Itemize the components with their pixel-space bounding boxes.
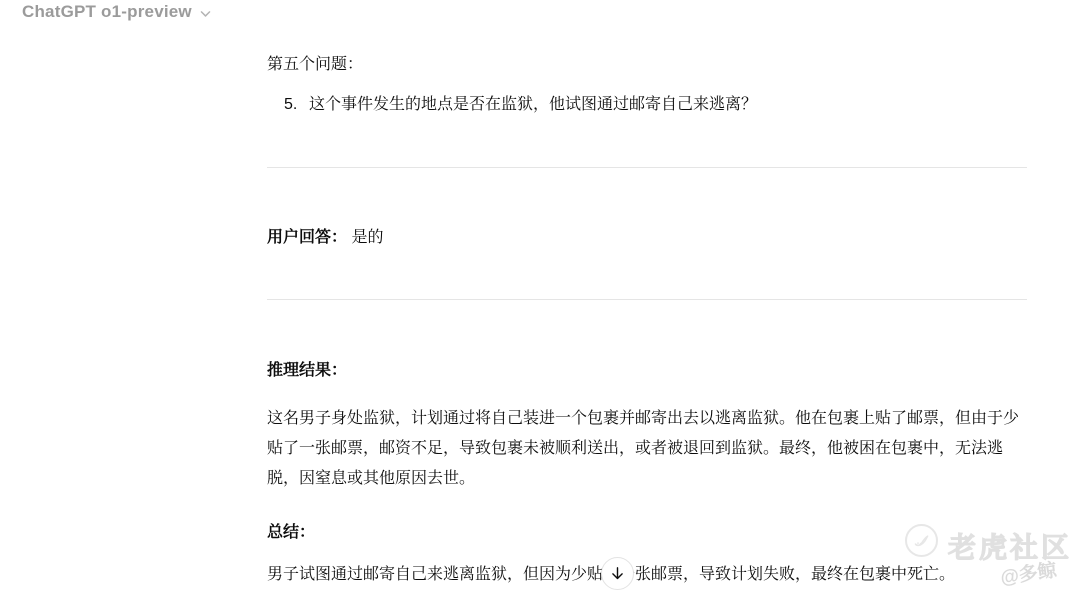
question-text: 这个事件发生的地点是否在监狱，他试图通过邮寄自己来逃离？	[309, 93, 757, 117]
reasoning-text: 这名男子身处监狱，计划通过将自己装进一个包裹并邮寄出去以逃离监狱。他在包裹上贴了…	[267, 404, 1027, 494]
divider	[267, 299, 1027, 300]
summary-text: 男子试图通过邮寄自己来逃离监狱，但因为少贴了一张邮票，导致计划失败，最终在包裹中…	[267, 560, 1027, 590]
user-answer-line: 用户回答： 是的	[267, 226, 1027, 250]
user-answer-label: 用户回答：	[267, 229, 347, 246]
question-number: 5.	[284, 93, 301, 117]
user-answer-value: 是的	[351, 229, 383, 246]
question-list-item: 5. 这个事件发生的地点是否在监狱，他试图通过邮寄自己来逃离？	[267, 93, 1027, 117]
tiger-logo-icon	[905, 524, 938, 557]
chevron-down-icon	[199, 7, 212, 20]
question-intro-text: 第五个问题：	[267, 53, 1027, 77]
scroll-to-bottom-button[interactable]	[601, 557, 634, 590]
model-name-label: ChatGPT o1-preview	[22, 2, 192, 22]
model-selector[interactable]: ChatGPT o1-preview	[22, 2, 212, 22]
chat-message-area: 第五个问题： 5. 这个事件发生的地点是否在监狱，他试图通过邮寄自己来逃离？ 用…	[267, 0, 1027, 600]
reasoning-label: 推理结果：	[267, 359, 1027, 383]
divider	[267, 167, 1027, 168]
arrow-down-icon	[609, 565, 626, 582]
